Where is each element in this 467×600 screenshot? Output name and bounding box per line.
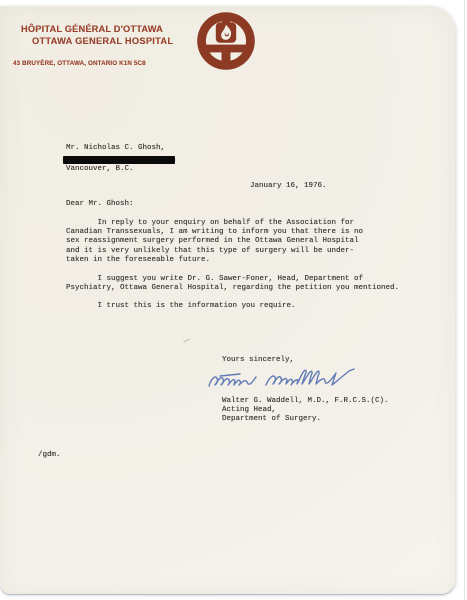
recipient-city: Vancouver, B.C.	[66, 165, 134, 174]
body-paragraph-2: I suggest you write Dr. G. Sawer-Foner, …	[66, 275, 399, 294]
paper-speck	[183, 338, 190, 342]
body-paragraph-1: In reply to your enquiry on behalf of th…	[66, 219, 363, 266]
body-paragraph-3: I trust this is the information you requ…	[66, 302, 296, 311]
signer-title-line2: Department of Surgery.	[222, 415, 321, 424]
handwritten-signature	[206, 368, 358, 394]
signer-name: Walter G. Waddell, M.D., F.R.C.S.(C).	[222, 397, 389, 406]
recipient-name: Mr. Nicholas C. Ghosh,	[66, 144, 165, 153]
signer-title-line1: Acting Head,	[222, 406, 276, 415]
letter-content: HÔPITAL GÉNÉRAL D'OTTAWA OTTAWA GENERAL …	[0, 0, 467, 600]
closing-phrase: Yours sincerely,	[222, 356, 294, 365]
salutation: Dear Mr. Ghosh:	[66, 200, 134, 209]
redacted-address-bar	[63, 156, 175, 165]
typist-initials: /gdm.	[38, 451, 61, 460]
letter-date: January 16, 1976.	[250, 182, 327, 191]
hospital-name-french: HÔPITAL GÉNÉRAL D'OTTAWA	[21, 24, 163, 34]
flame-h-medallion-icon	[196, 11, 256, 71]
hospital-name-english: OTTAWA GENERAL HOSPITAL	[32, 36, 173, 46]
signature-ink	[206, 368, 358, 394]
hospital-logo	[196, 11, 256, 71]
hospital-address: 43 BRUYÈRE, OTTAWA, ONTARIO K1N 5C8	[13, 60, 146, 67]
